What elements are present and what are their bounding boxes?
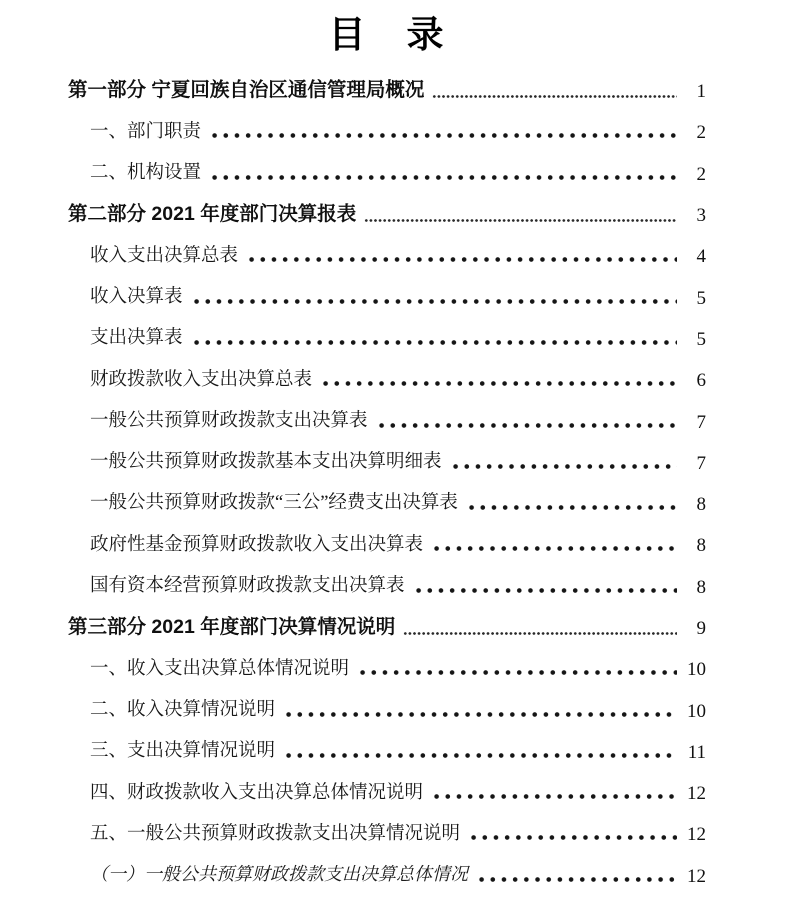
toc-entry-label: 国有资本经营预算财政拨款支出决算表 [90,576,405,596]
toc-entry-label: 一、部门职责 [90,122,201,142]
dot-leader-icon [431,546,677,551]
toc-entry-page-number: 10 [682,702,706,721]
toc-entry-label: 财政拨款收入支出决算总表 [90,370,312,390]
toc-entry-label: 五、一般公共预算财政拨款支出决算情况说明 [90,824,460,844]
toc-entry-page-number: 8 [682,536,706,555]
page-title: 目 录 [68,12,706,58]
toc-entry-page-number: 5 [682,289,706,308]
toc-entry-page-number: 1 [682,82,706,101]
dot-leader-icon [431,794,677,799]
toc-entry-page-number: 2 [682,123,706,142]
toc-entry-page-number: 8 [682,495,706,514]
toc-entry-sub: （一）一般公共预算财政拨款支出决算总体情况 12 [68,855,706,896]
toc-entry-page-number: 12 [682,825,706,844]
toc-entry-item: 四、财政拨款收入支出决算总体情况说明 12 [68,772,706,813]
dot-leader-icon [476,877,677,882]
toc-entry-page-number: 3 [682,206,706,225]
toc-entry-item: 收入决算表 5 [68,276,706,317]
dot-leader-icon [283,712,677,717]
toc-entry-label: 收入支出决算总表 [90,246,238,266]
dot-leader-icon [246,257,677,262]
toc-entry-label: 一般公共预算财政拨款基本支出决算明细表 [90,452,442,472]
dot-leader-icon [413,588,677,593]
toc-entry-label: 二、机构设置 [90,163,201,183]
dot-leader-icon [376,423,677,428]
toc-entry-label: 一般公共预算财政拨款支出决算表 [90,411,368,431]
toc-entry-label: 第一部分 宁夏回族自治区通信管理局概况 [68,80,424,101]
toc-entry-label: 一般公共预算财政拨款“三公”经费支出决算表 [90,493,458,513]
document-page: 目 录 第一部分 宁夏回族自治区通信管理局概况 1 一、部门职责 2 二、机构设… [0,0,786,906]
toc-entry-item: 收入支出决算总表 4 [68,235,706,276]
toc-entry-item: 一般公共预算财政拨款支出决算表 7 [68,400,706,441]
dot-leader-icon [432,95,677,98]
toc-entry-label: 一、收入支出决算总体情况说明 [90,659,349,679]
toc-entry-label: 四、财政拨款收入支出决算总体情况说明 [90,783,423,803]
toc-entry-item: 支出决算表 5 [68,318,706,359]
toc-entry-page-number: 7 [682,413,706,432]
dot-leader-icon [209,175,677,180]
toc-entry-label: 第三部分 2021 年度部门决算情况说明 [68,617,395,638]
toc-entry-item: 一、收入支出决算总体情况说明 10 [68,648,706,689]
dot-leader-icon [191,299,677,304]
toc-entry-page-number: 6 [682,371,706,390]
dot-leader-icon [283,753,677,758]
toc-entry-label: 收入决算表 [90,287,183,307]
toc-entry-item: 一、部门职责 2 [68,111,706,152]
dot-leader-icon [403,632,677,635]
toc-entry-item: 一般公共预算财政拨款基本支出决算明细表 7 [68,442,706,483]
toc-entry-item: 二、机构设置 2 [68,153,706,194]
dot-leader-icon [468,835,677,840]
toc-entry-page-number: 12 [682,784,706,803]
dot-leader-icon [209,133,677,138]
toc-entry-label: 第二部分 2021 年度部门决算报表 [68,204,356,225]
toc-entry-part: 第一部分 宁夏回族自治区通信管理局概况 1 [68,70,706,111]
toc-entry-page-number: 10 [682,660,706,679]
toc-entry-label: （一）一般公共预算财政拨款支出决算总体情况 [90,865,468,885]
toc-entry-part: 第三部分 2021 年度部门决算情况说明 9 [68,607,706,648]
toc-entry-item: 二、收入决算情况说明 10 [68,689,706,730]
toc-entry-label: 政府性基金预算财政拨款收入支出决算表 [90,535,423,555]
dot-leader-icon [466,505,677,510]
toc-entry-page-number: 5 [682,330,706,349]
toc-entry-page-number: 8 [682,578,706,597]
toc-entry-page-number: 9 [682,619,706,638]
toc-entry-item: 三、支出决算情况说明 11 [68,731,706,772]
toc-entry-label: 三、支出决算情况说明 [90,741,275,761]
toc-entry-label: 二、收入决算情况说明 [90,700,275,720]
toc-entry-item: 财政拨款收入支出决算总表 6 [68,359,706,400]
toc-list: 第一部分 宁夏回族自治区通信管理局概况 1 一、部门职责 2 二、机构设置 2 … [68,70,706,896]
toc-entry-page-number: 4 [682,247,706,266]
toc-entry-page-number: 11 [682,743,706,762]
dot-leader-icon [191,340,677,345]
dot-leader-icon [450,464,677,469]
toc-entry-page-number: 7 [682,454,706,473]
dot-leader-icon [357,670,677,675]
toc-entry-part: 第二部分 2021 年度部门决算报表 3 [68,194,706,235]
dot-leader-icon [364,219,677,222]
toc-entry-item: 国有资本经营预算财政拨款支出决算表 8 [68,566,706,607]
toc-entry-item: 五、一般公共预算财政拨款支出决算情况说明 12 [68,813,706,854]
dot-leader-icon [320,381,677,386]
toc-entry-item: 一般公共预算财政拨款“三公”经费支出决算表 8 [68,483,706,524]
toc-entry-page-number: 2 [682,165,706,184]
toc-entry-label: 支出决算表 [90,328,183,348]
toc-entry-page-number: 12 [682,867,706,886]
toc-entry-item: 政府性基金预算财政拨款收入支出决算表 8 [68,524,706,565]
